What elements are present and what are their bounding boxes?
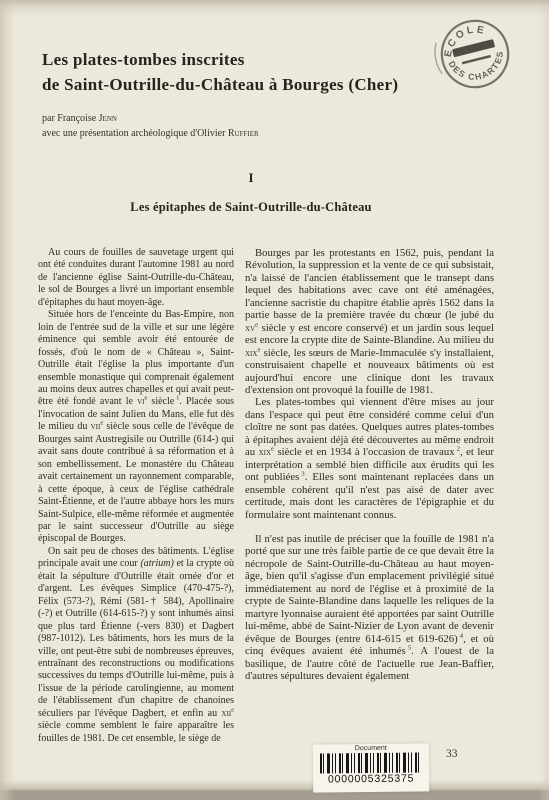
barcode-icon [320, 752, 422, 773]
section-number: I [36, 170, 466, 186]
byline-author: par Françoise Jenn [42, 111, 472, 126]
article-title: Les plates-tombes inscrites de Saint-Out… [42, 47, 472, 97]
barcode-sticker: Document 0000005325375 [313, 743, 429, 792]
paragraph: Située hors de l'enceinte du Bas-Empire,… [38, 309, 234, 546]
paragraph: Bourges par les protestants en 1562, pui… [245, 247, 494, 396]
paragraph: Les plates-tombes qui viennent d'être mi… [245, 396, 494, 521]
scanned-page: ECOLE DES CHARTES Les plates-tombes insc… [0, 0, 549, 800]
section-heading: Les épitaphes de Saint-Outrille-du-Châte… [36, 200, 466, 215]
article-title-line2: de Saint-Outrille-du-Château à Bourges (… [42, 72, 472, 97]
byline-presenter: avec une présentation archéologique d'Ol… [42, 126, 472, 141]
barcode-label: Document [313, 743, 429, 752]
paragraph: Au cours de fouilles de sauvetage urgent… [38, 247, 234, 309]
article-title-line1: Les plates-tombes inscrites [42, 47, 472, 72]
byline: par Françoise Jenn avec une présentation… [42, 111, 472, 141]
paragraph: Il n'est pas inutile de préciser que la … [245, 533, 494, 682]
page-number: 33 [446, 748, 458, 760]
text-column-left: Au cours de fouilles de sauvetage urgent… [38, 247, 234, 745]
barcode-number: 0000005325375 [313, 772, 429, 785]
text-column-right: Bourges par les protestants en 1562, pui… [245, 247, 494, 682]
paragraph: On sait peu de choses des bâtiments. L'é… [38, 546, 234, 745]
